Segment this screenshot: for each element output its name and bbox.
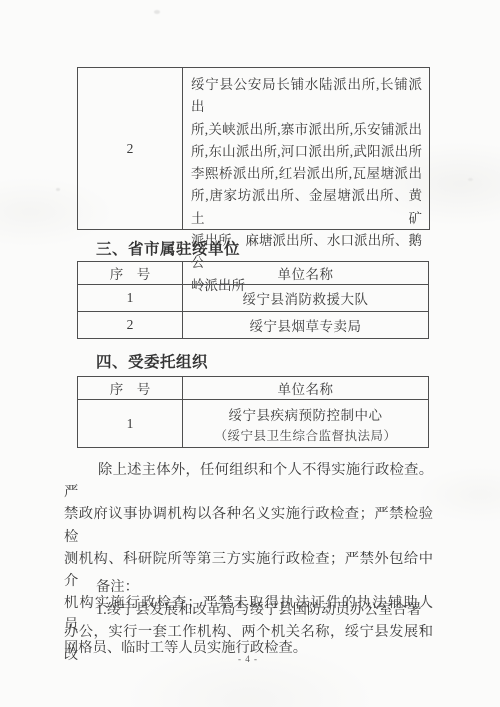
header-seq-no: 序 号: [78, 262, 183, 284]
row-seq-no: 2: [78, 312, 183, 338]
police-line: 所,关峡派出所,寨市派出所,乐安铺派出: [191, 119, 422, 141]
remarks-block: 备注： 1.绥宁县发展和改革局与绥宁县国防动员办公室合署 办公，实行一套工作机构…: [64, 576, 433, 666]
scan-artifact: [154, 10, 160, 14]
header-unit-name: 单位名称: [183, 377, 428, 399]
table-header-row: 序 号 单位名称: [78, 377, 428, 399]
police-stations-list: 绥宁县公安局长铺水陆派出所,长铺派出 所,关峡派出所,寨市派出所,乐安铺派出 所…: [183, 68, 429, 229]
remark-line: 1.绥宁县发展和改革局与绥宁县国防动员办公室合署: [64, 599, 433, 622]
table-row: 1 绥宁县疾病预防控制中心 （绥宁县卫生综合监督执法局）: [78, 399, 428, 447]
police-line: 所,东山派出所,河口派出所,武阳派出所: [191, 141, 422, 163]
header-seq-no: 序 号: [78, 377, 183, 399]
remarks-label: 备注：: [64, 576, 433, 599]
scan-artifact: [56, 188, 60, 191]
police-line: 所,唐家坊派出所、金屋塘派出所、黄土矿: [191, 185, 422, 230]
table-row-index: 2: [78, 68, 183, 229]
unit-name-main: 绥宁县疾病预防控制中心: [229, 404, 383, 424]
police-line: 绥宁县公安局长铺水陆派出所,长铺派出: [191, 74, 422, 119]
table-row: 1 绥宁县消防救援大队: [78, 284, 428, 311]
provincial-units-table: 序 号 单位名称 1 绥宁县消防救援大队 2 绥宁县烟草专卖局: [77, 261, 429, 339]
police-stations-table: 2 绥宁县公安局长铺水陆派出所,长铺派出 所,关峡派出所,寨市派出所,乐安铺派出…: [77, 67, 430, 230]
page-number: - 4 -: [0, 654, 496, 664]
row-unit-name: 绥宁县消防救援大队: [183, 285, 428, 311]
table-row: 2 绥宁县烟草专卖局: [78, 311, 428, 338]
row-unit-name: 绥宁县疾病预防控制中心 （绥宁县卫生综合监督执法局）: [183, 400, 428, 447]
section-heading-provincial-units: 三、省市属驻绥单位: [96, 237, 240, 259]
body-line: 除上述主体外，任何组织和个人不得实施行政检查。严: [64, 459, 433, 503]
section-heading-entrusted-orgs: 四、受委托组织: [96, 350, 208, 372]
row-seq-no: 1: [78, 285, 183, 311]
entrusted-orgs-table: 序 号 单位名称 1 绥宁县疾病预防控制中心 （绥宁县卫生综合监督执法局）: [77, 376, 429, 448]
row-seq-no: 1: [78, 400, 183, 447]
scanned-document-page: 2 绥宁县公安局长铺水陆派出所,长铺派出 所,关峡派出所,寨市派出所,乐安铺派出…: [0, 0, 500, 707]
scan-artifact: [468, 178, 473, 181]
body-line: 禁政府议事协调机构以各种名义实施行政检查；严禁检验检: [64, 503, 433, 547]
header-unit-name: 单位名称: [183, 262, 428, 284]
police-line: 李熙桥派出所,红岩派出所,瓦屋塘派出: [191, 163, 422, 185]
table-header-row: 序 号 单位名称: [78, 262, 428, 284]
row-unit-name: 绥宁县烟草专卖局: [183, 312, 428, 338]
unit-name-sub: （绥宁县卫生综合监督执法局）: [214, 426, 396, 444]
